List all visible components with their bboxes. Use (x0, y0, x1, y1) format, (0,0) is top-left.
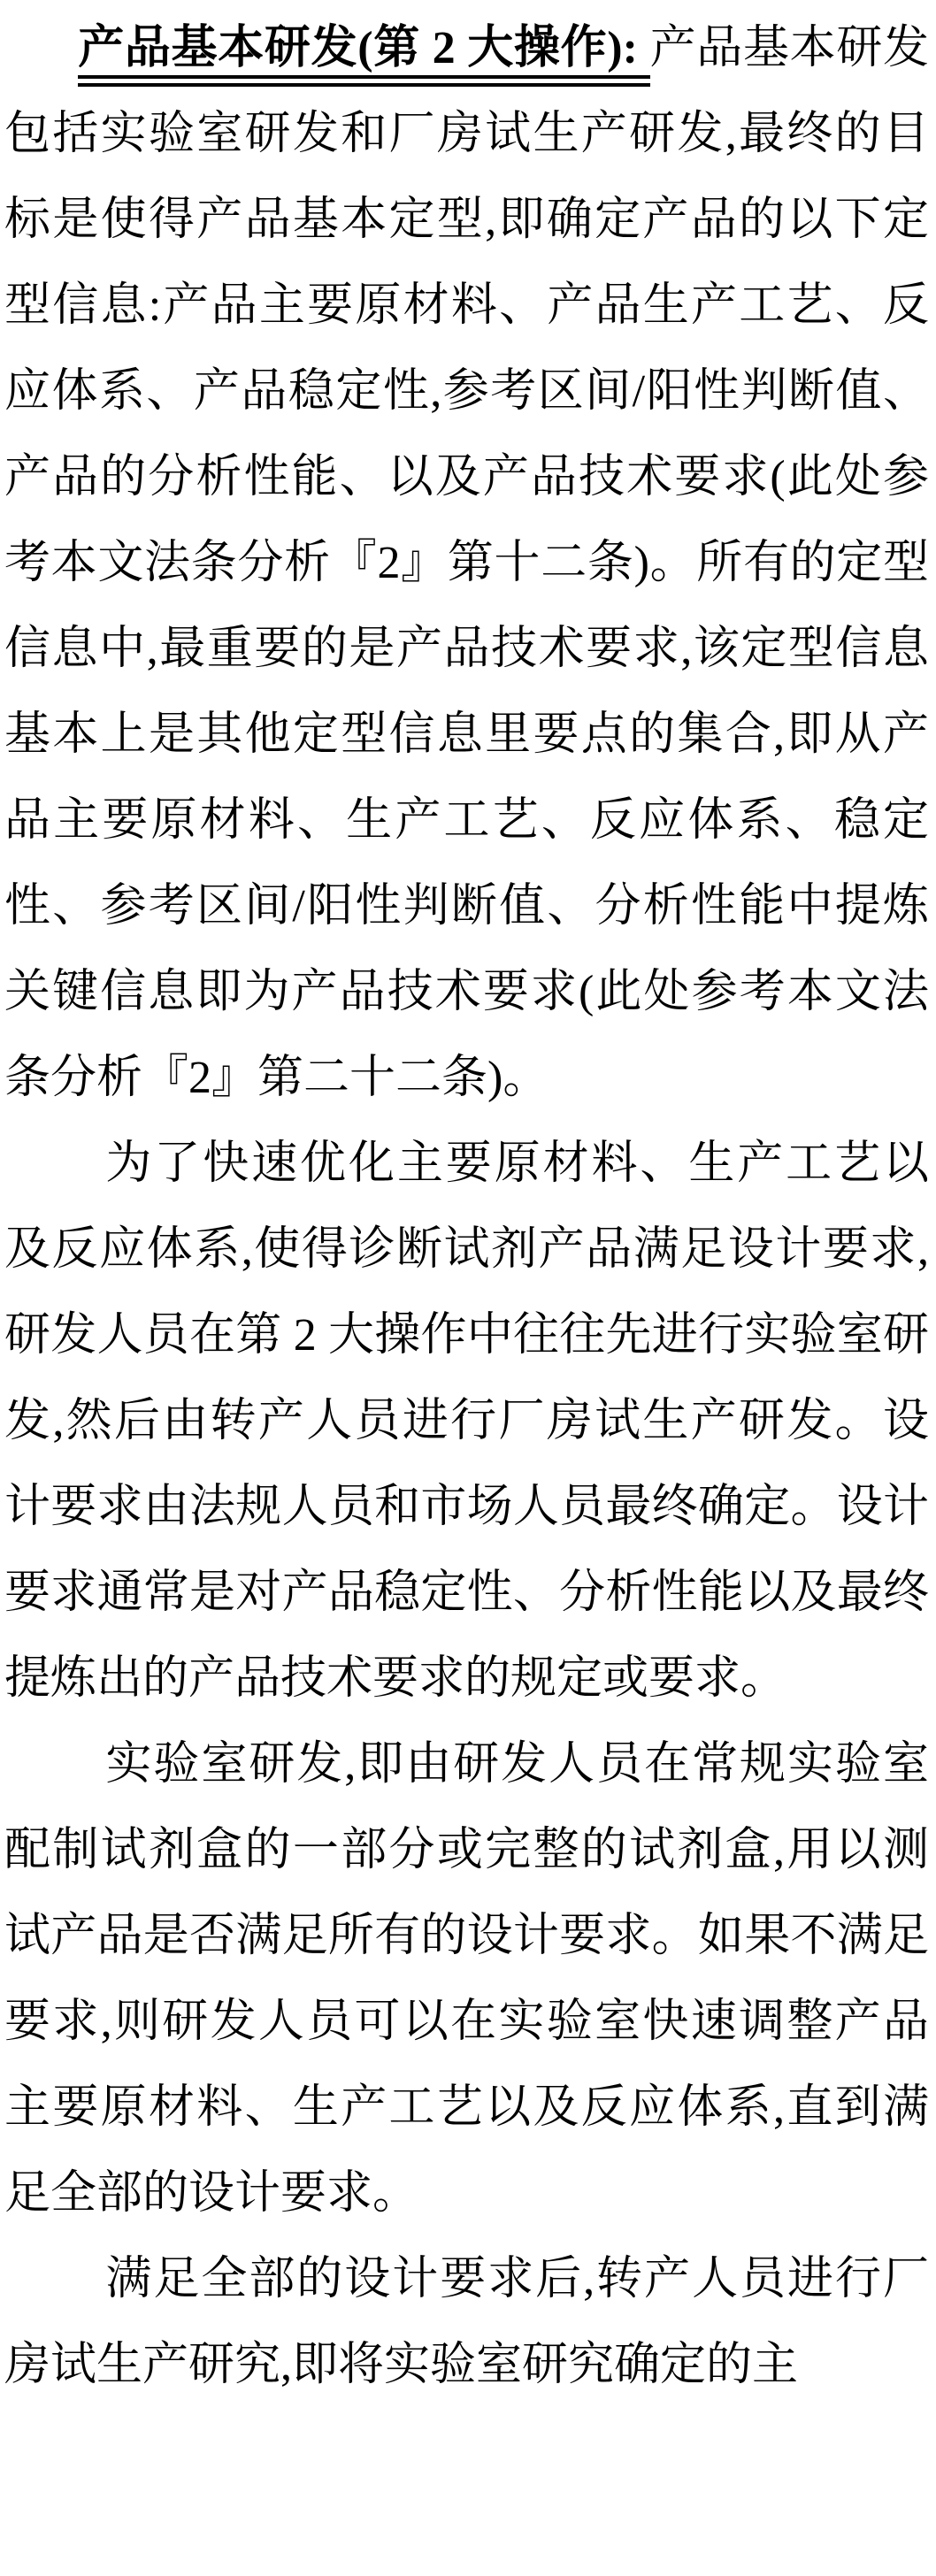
document-page: 产品基本研发(第 2 大操作): 产品基本研发包括实验室研发和厂房试生产研发,最… (0, 0, 936, 2576)
paragraph: 满足全部的设计要求后,转产人员进行厂房试生产研究,即将实验室研究确定的主 (4, 2236, 929, 2408)
paragraph: 为了快速优化主要原材料、生产工艺以及反应体系,使得诊断试剂产品满足设计要求,研发… (4, 1121, 929, 1721)
paragraph-text: 实验室研发,即由研发人员在常规实验室配制试剂盒的一部分或完整的试剂盒,用以测试产… (4, 1739, 929, 2219)
paragraph-text: 满足全部的设计要求后,转产人员进行厂房试生产研究,即将实验室研究确定的主 (4, 2254, 929, 2390)
paragraph-text: 为了快速优化主要原材料、生产工艺以及反应体系,使得诊断试剂产品满足设计要求,研发… (4, 1138, 929, 1704)
paragraph-text: 产品基本研发包括实验室研发和厂房试生产研发,最终的目标是使得产品基本定型,即确定… (4, 23, 929, 1103)
paragraph: 实验室研发,即由研发人员在常规实验室配制试剂盒的一部分或完整的试剂盒,用以测试产… (4, 1721, 929, 2236)
paragraph: 产品基本研发(第 2 大操作): 产品基本研发包括实验室研发和厂房试生产研发,最… (4, 5, 929, 1121)
section-heading: 产品基本研发(第 2 大操作): (78, 23, 649, 87)
